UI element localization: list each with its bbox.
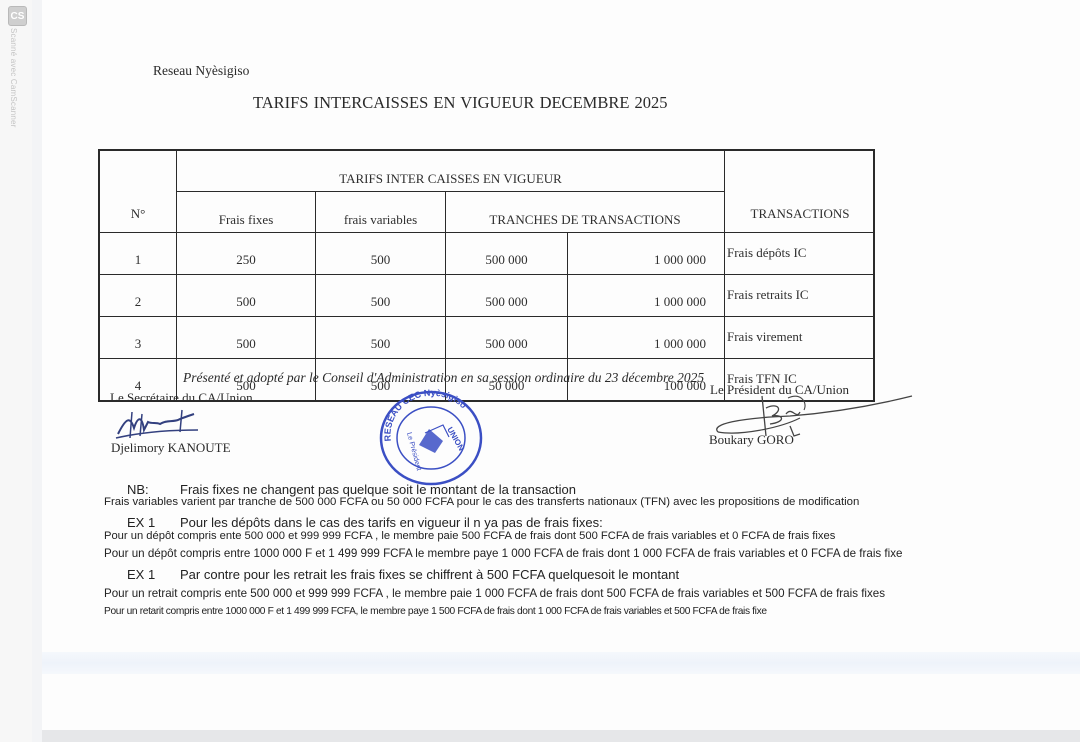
president-name: Boukary GORO bbox=[709, 432, 794, 448]
table-row: 3 500 500 500 000 1 000 000 Frais vireme… bbox=[99, 317, 874, 359]
cell-no: 2 bbox=[99, 275, 177, 317]
withdrawal-example-line: Pour un retrait compris ente 500 000 et … bbox=[104, 587, 885, 600]
document-title: TARIFS INTERCAISSES EN VIGUEUR DECEMBRE … bbox=[253, 93, 668, 113]
nb-label: NB: bbox=[127, 482, 149, 497]
secretary-name: Djelimory KANOUTE bbox=[111, 440, 231, 456]
cell-tranche-max: 1 000 000 bbox=[568, 233, 725, 275]
cell-tranche-max: 1 000 000 bbox=[568, 275, 725, 317]
example-1-text: Pour les dépôts dans le cas des tarifs e… bbox=[180, 515, 603, 530]
cell-tranche-min: 500 000 bbox=[446, 275, 568, 317]
table-group-header-row: N° TARIFS INTER CAISSES EN VIGUEUR TRANS… bbox=[99, 150, 874, 192]
table-row: 2 500 500 500 000 1 000 000 Frais retrai… bbox=[99, 275, 874, 317]
column-header-no: N° bbox=[99, 150, 177, 233]
cell-transaction: Frais virement bbox=[725, 317, 875, 359]
scanner-margin: CS Scanné avec CamScanner bbox=[0, 0, 32, 742]
column-header-frais-fixes: Frais fixes bbox=[177, 192, 316, 233]
cell-frais-variables: 500 bbox=[316, 233, 446, 275]
cell-no: 3 bbox=[99, 317, 177, 359]
group-header: TARIFS INTER CAISSES EN VIGUEUR bbox=[177, 150, 725, 192]
variable-fees-note: Frais variables varient par tranche de 5… bbox=[104, 496, 859, 508]
cell-no: 1 bbox=[99, 233, 177, 275]
cell-frais-variables: 500 bbox=[316, 317, 446, 359]
organization-name: Reseau Nyèsigiso bbox=[153, 63, 249, 79]
stamp-president-text: Le Président bbox=[405, 432, 422, 472]
tariff-table: N° TARIFS INTER CAISSES EN VIGUEUR TRANS… bbox=[98, 149, 875, 402]
secretary-signature-icon bbox=[112, 408, 202, 444]
cell-frais-fixes: 250 bbox=[177, 233, 316, 275]
cell-transaction: Frais retraits IC bbox=[725, 275, 875, 317]
cell-tranche-max: 1 000 000 bbox=[568, 317, 725, 359]
page-bottom-edge bbox=[42, 730, 1080, 742]
example-2-label: EX 1 bbox=[127, 567, 155, 582]
cell-frais-variables: 500 bbox=[316, 275, 446, 317]
column-header-transactions: TRANSACTIONS bbox=[725, 150, 875, 233]
table-row: 1 250 500 500 000 1 000 000 Frais dépôts… bbox=[99, 233, 874, 275]
column-header-frais-variables: frais variables bbox=[316, 192, 446, 233]
scan-artifact-band bbox=[42, 652, 1080, 674]
secretary-title: Le Secrétaire du CA/Union bbox=[110, 390, 253, 406]
official-stamp-icon: RESEAU CEC Nyèsigiso UNION Le Président bbox=[377, 389, 485, 487]
column-header-tranches: TRANCHES DE TRANSACTIONS bbox=[446, 192, 725, 233]
stamp-union-text: UNION bbox=[445, 426, 466, 453]
example-2-text: Par contre pour les retrait les frais fi… bbox=[180, 567, 679, 582]
withdrawal-example-line: Pour un retarit compris entre 1000 000 F… bbox=[104, 606, 767, 617]
cell-tranche-min: 500 000 bbox=[446, 317, 568, 359]
scanner-watermark-text: Scanné avec CamScanner bbox=[9, 28, 18, 128]
adoption-note: Présenté et adopté par le Conseil d'Admi… bbox=[183, 370, 704, 386]
cell-tranche-min: 500 000 bbox=[446, 233, 568, 275]
example-1-label: EX 1 bbox=[127, 515, 155, 530]
deposit-example-line: Pour un dépôt compris entre 1000 000 F e… bbox=[104, 547, 902, 560]
camscanner-logo-icon: CS bbox=[8, 6, 27, 26]
cell-frais-fixes: 500 bbox=[177, 275, 316, 317]
cell-frais-fixes: 500 bbox=[177, 317, 316, 359]
cell-transaction: Frais dépôts IC bbox=[725, 233, 875, 275]
deposit-example-line: Pour un dépôt compris ente 500 000 et 99… bbox=[104, 530, 835, 542]
nb-text: Frais fixes ne changent pas quelque soit… bbox=[180, 482, 576, 497]
